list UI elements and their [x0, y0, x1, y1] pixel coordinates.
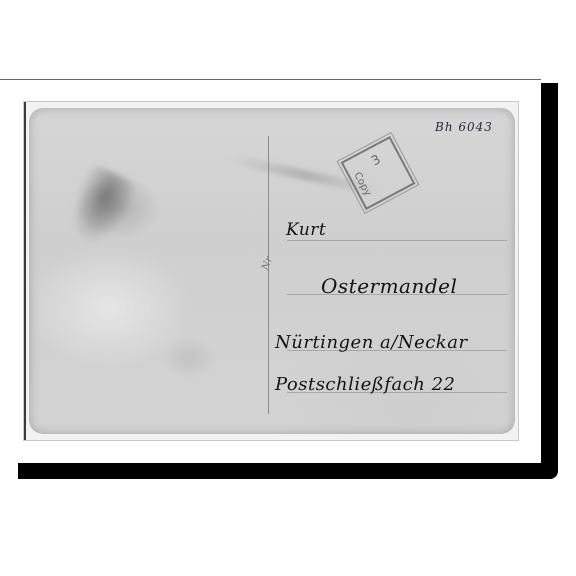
address-po-box: Postschließfach 22	[275, 374, 455, 395]
address-city: Nürtingen a/Neckar	[275, 332, 468, 353]
address-rule-1	[287, 240, 507, 241]
divider-mark: Nr	[260, 255, 275, 271]
address-surname: Ostermandel	[321, 274, 457, 298]
postcard-divider-line	[268, 136, 269, 414]
catalog-number: Bh 6043	[435, 120, 493, 134]
stamp-label: Copy	[351, 170, 373, 198]
stamp-number: 3	[369, 152, 383, 169]
address-name: Kurt	[286, 220, 326, 240]
image-stage: Bh 6043 3 Copy Nr Kurt Ostermandel Nürti…	[0, 0, 576, 576]
copy-stamp: 3 Copy	[341, 136, 416, 210]
ink-smudge	[55, 161, 143, 259]
postcard: Bh 6043 3 Copy Nr Kurt Ostermandel Nürti…	[29, 108, 515, 434]
